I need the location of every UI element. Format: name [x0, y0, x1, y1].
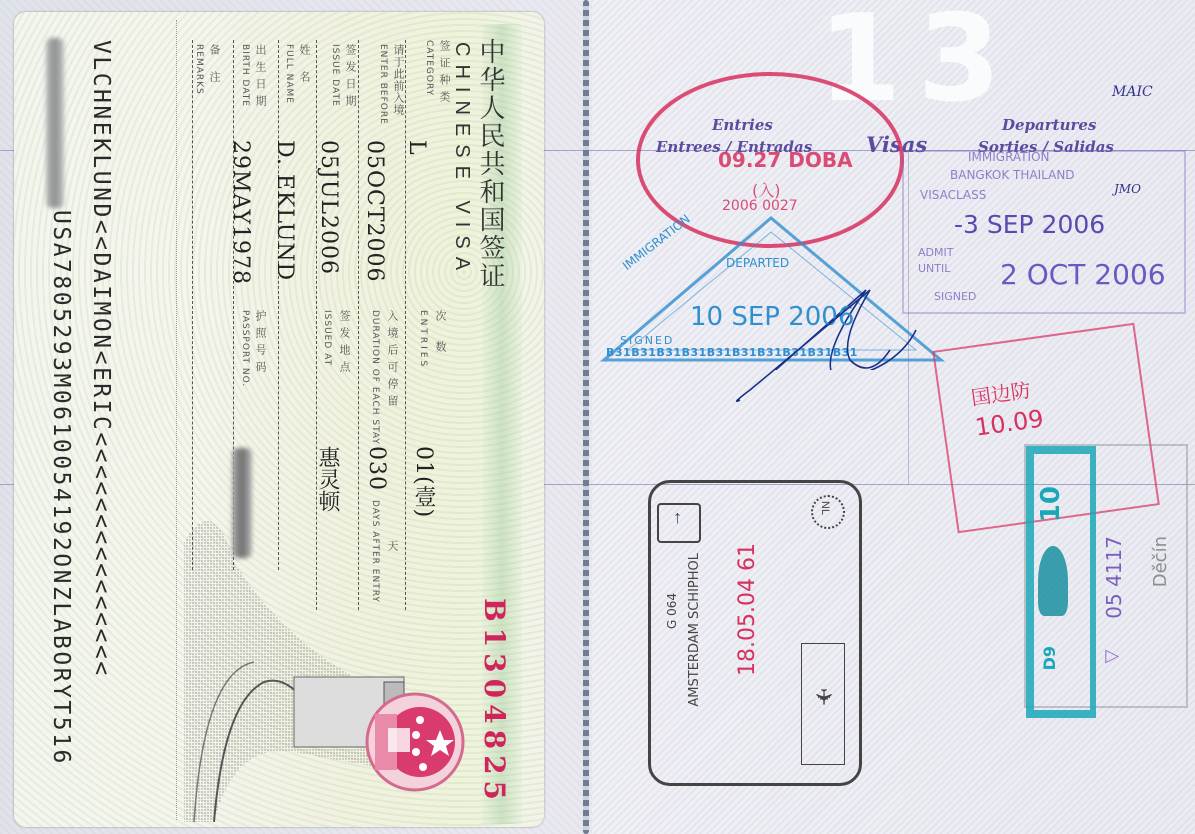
enter-before-value: 05OCT2006	[362, 140, 387, 283]
stamp-admit-until-date: 2 OCT 2006	[1000, 258, 1166, 291]
field-separator	[192, 40, 193, 570]
stamp-date: 05 4117	[1102, 536, 1126, 619]
field-separator	[358, 40, 359, 610]
stamp-date: 18.05.04 61	[735, 543, 760, 676]
passport-binding-stitch	[583, 0, 589, 834]
full-name-label-en: FULL NAME	[284, 44, 294, 104]
field-separator	[278, 40, 279, 570]
stamp-line: DEPARTED	[726, 256, 789, 270]
entries-label-cn: 次数	[432, 310, 448, 372]
issued-at-label-en: ISSUED AT	[322, 310, 332, 366]
passport-no-label-cn: 护照号码	[252, 310, 268, 378]
stamp-date: -3 SEP 2006	[954, 210, 1105, 239]
remarks-label-cn: 备注	[206, 44, 222, 98]
duration-label-cn: 入境后可停留	[384, 310, 400, 412]
stamp-code: 10	[1036, 486, 1066, 522]
stamp-initials: JMO	[1114, 182, 1141, 196]
stamp-date: 10.09	[973, 404, 1045, 441]
stamp-location: Děčín	[1150, 536, 1171, 587]
entries-label-en: ENTRIES	[418, 310, 428, 369]
czech-decin-stamp: 10 D9 Děčín 05 4117 △	[1024, 444, 1188, 708]
redacted-mrz	[46, 38, 64, 208]
stamp-code: D9	[1040, 646, 1059, 670]
visa-serial-number: B1304825	[478, 598, 511, 806]
entries-value: 01(壹)	[408, 446, 439, 518]
category-label-en: CATEGORY	[424, 40, 434, 96]
field-separator	[405, 40, 406, 610]
redacted-passport-number	[232, 448, 252, 558]
stamp-line: VISACLASS	[920, 188, 986, 202]
issue-date-value: 05JUL2006	[316, 140, 341, 275]
field-separator	[316, 40, 317, 610]
amsterdam-schiphol-stamp: ↑ NL AMSTERDAM SCHIPHOL G 064 18.05.04 6…	[648, 480, 862, 786]
visa-title-chinese: 中华人民共和国签证	[472, 38, 509, 290]
signature	[700, 280, 900, 410]
stamp-date: 09.27 DOBA	[718, 148, 853, 172]
enter-before-label-cn: 请于此前入境	[390, 44, 406, 116]
full-name-label-cn: 姓名	[296, 44, 312, 98]
full-name-value: D. EKLUND	[272, 140, 297, 281]
passport-no-label-en: PASSPORT NO.	[240, 310, 250, 387]
duration-label-en: DURATION OF EACH STAY	[370, 310, 380, 445]
airplane-icon: ✈	[801, 643, 845, 765]
issue-date-label-cn: 签发日期	[342, 44, 358, 112]
duration-suffix-cn: 天	[384, 540, 400, 557]
triangle-icon: △	[1102, 650, 1123, 664]
issued-at-label-cn: 签发地点	[336, 310, 352, 378]
stamp-line: 国边防	[969, 374, 1032, 411]
stamp-location: AMSTERDAM SCHIPHOL	[687, 553, 702, 707]
visa-title-english: CHINESE VISA	[450, 42, 473, 278]
issue-date-label-en: ISSUE DATE	[330, 44, 340, 107]
departures-header: Departures	[1002, 116, 1096, 134]
stamp-line: IMMIGRATION	[968, 150, 1050, 164]
vehicle-icon	[1038, 546, 1068, 616]
enter-before-label-en: ENTER BEFORE	[378, 44, 388, 125]
national-emblem	[360, 680, 470, 810]
eu-stars-icon: NL	[811, 495, 845, 529]
issued-at-value: 惠灵顿	[312, 446, 343, 512]
remarks-label-en: REMARKS	[194, 44, 204, 95]
category-value: L	[404, 140, 429, 156]
mrz-line-2: USA7805293M0610054192ONZLABORYT516	[48, 210, 74, 766]
stamp-line: BANGKOK THAILAND	[950, 168, 1075, 182]
duration-value: 030	[364, 446, 389, 491]
duration-suffix-en: DAYS AFTER ENTRY	[370, 500, 380, 603]
stamp-line: SIGNED	[620, 334, 674, 347]
category-label-cn: 签证种类	[436, 40, 452, 108]
handwritten-note: MAIC	[1112, 84, 1153, 100]
birth-date-label-en: BIRTH DATE	[240, 44, 250, 107]
departure-arrow-icon: ↑	[657, 503, 701, 543]
birth-date-value: 29MAY1978	[228, 140, 253, 285]
stamp-code: G 064	[665, 593, 679, 629]
birth-date-label-cn: 出生日期	[252, 44, 268, 112]
mrz-line-1: VLCHNEKLUND<<DAIMON<ERIC<<<<<<<<<<<<<<<	[88, 40, 114, 678]
